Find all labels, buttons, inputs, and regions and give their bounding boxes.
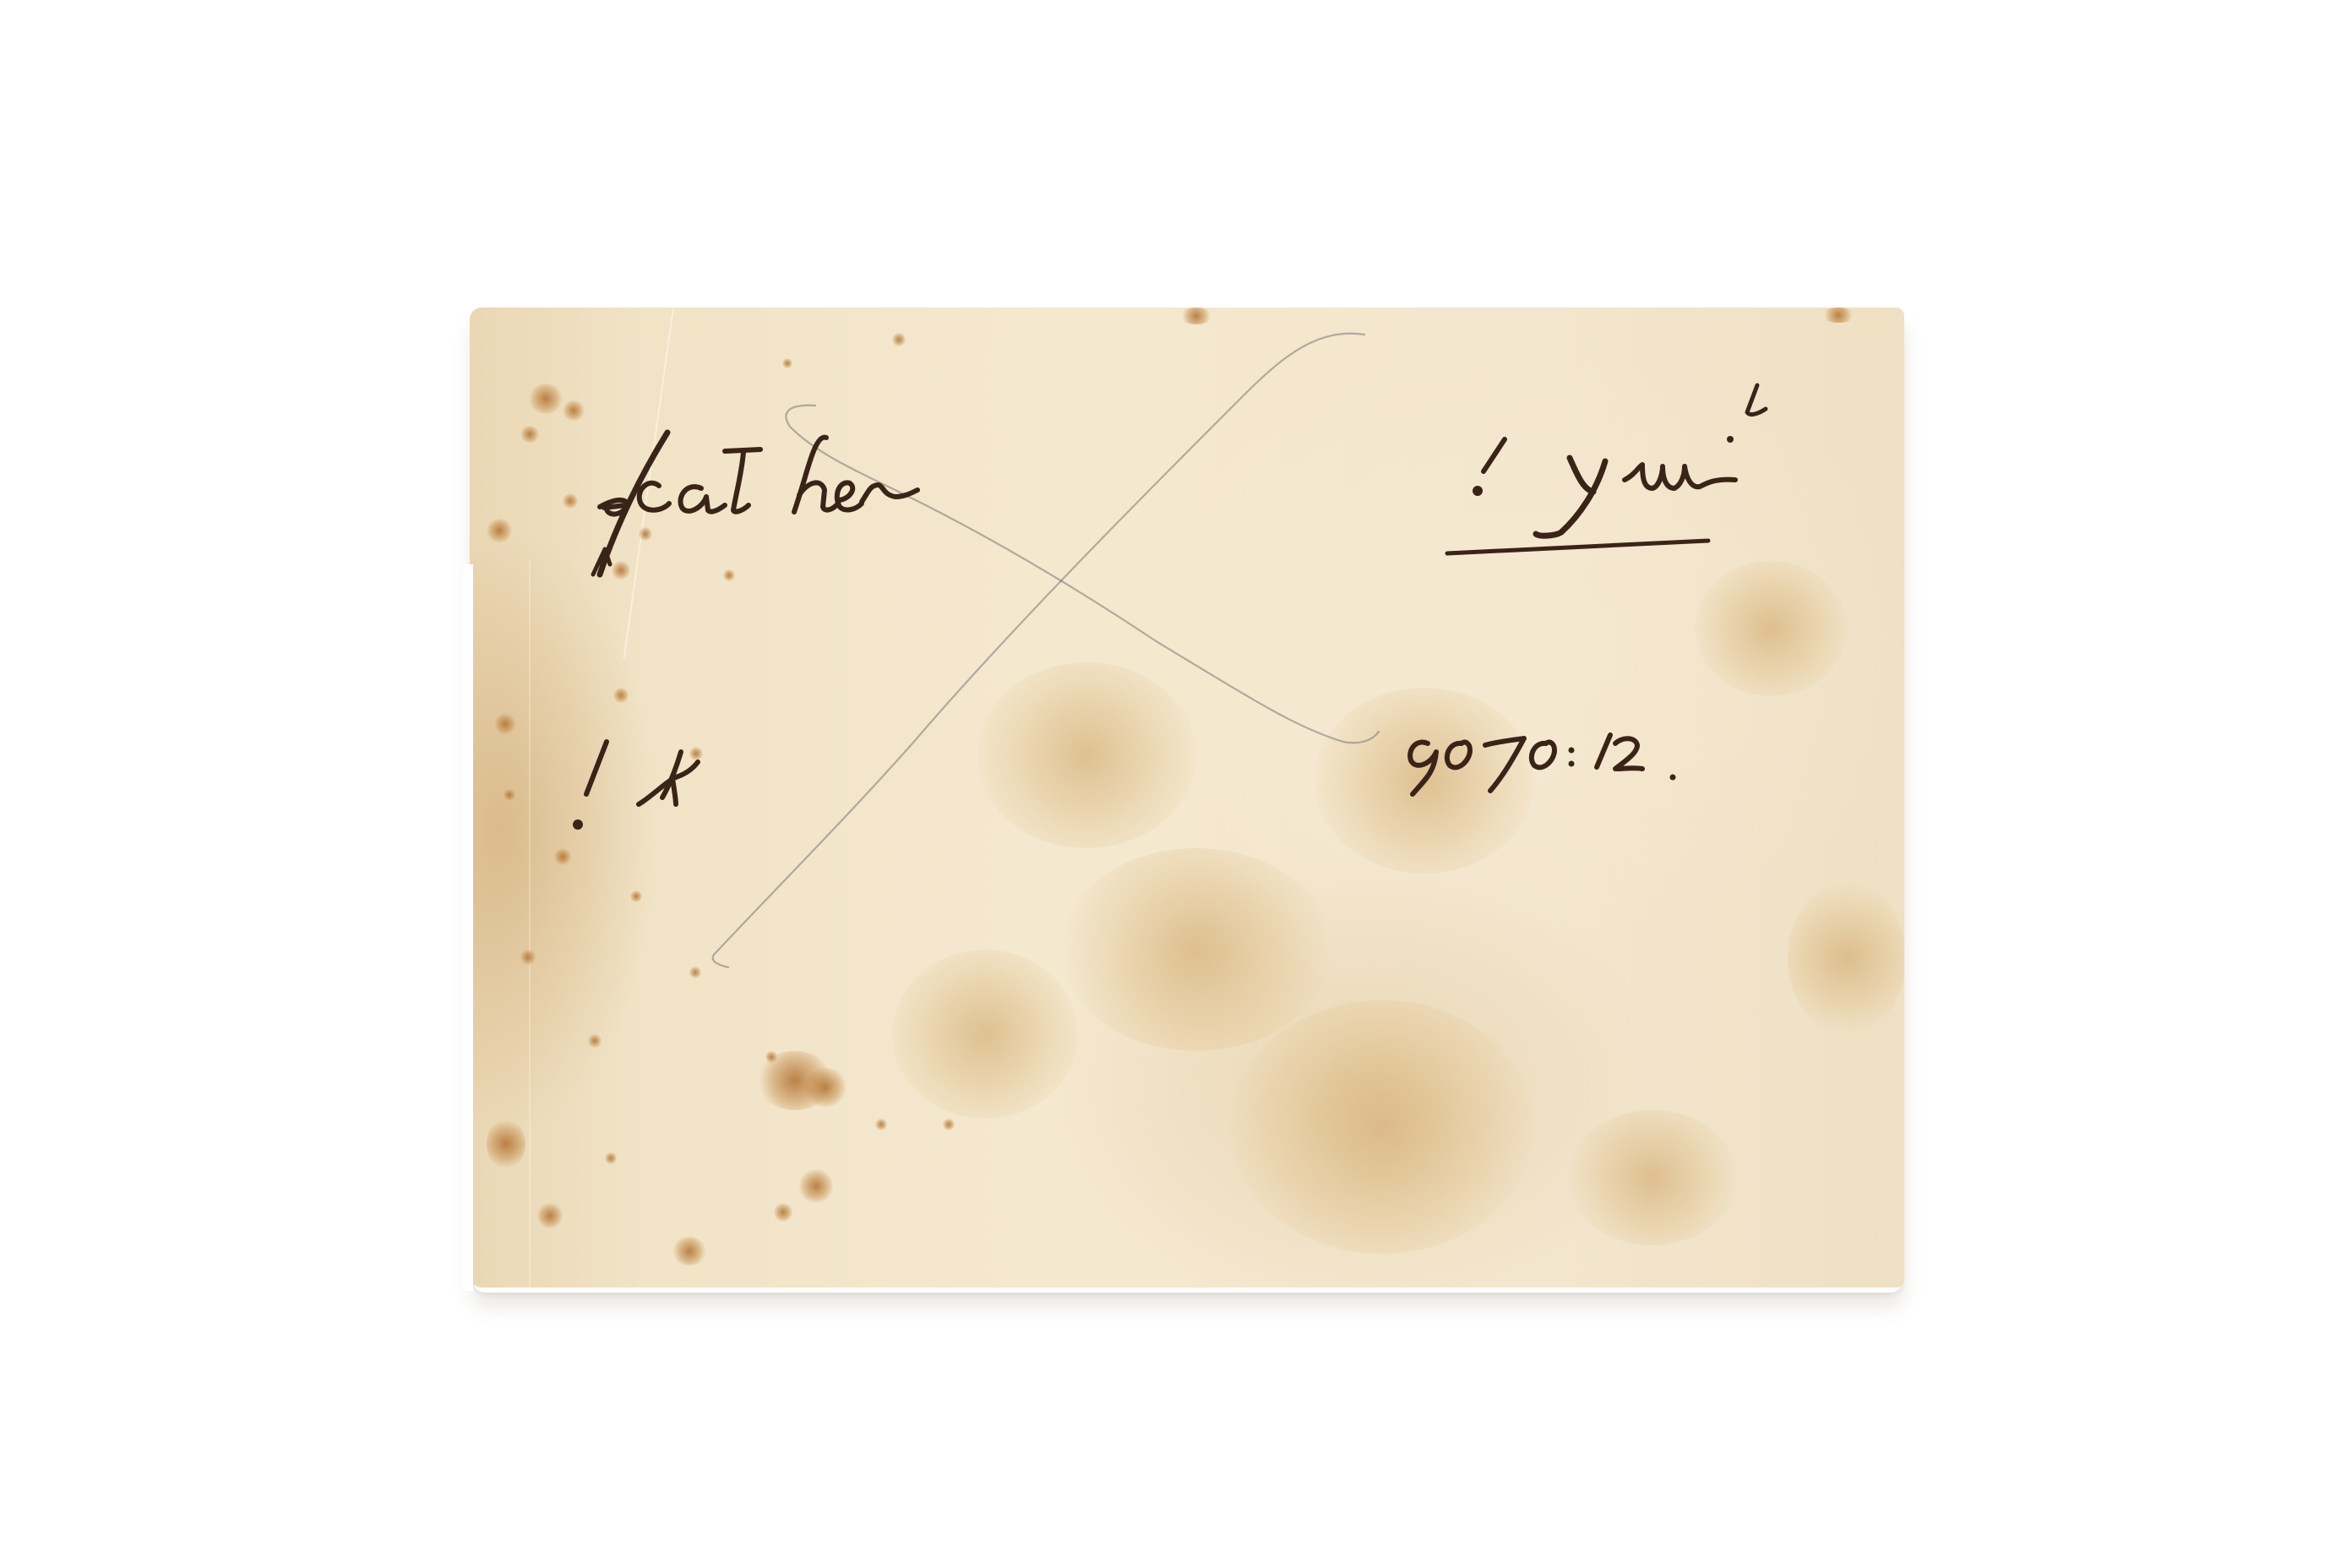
handwriting-layer xyxy=(0,0,2352,1568)
pencil-cross-stroke-1 xyxy=(713,334,1364,967)
pencil-cross-stroke-2 xyxy=(786,406,1379,743)
inscription-k xyxy=(573,742,698,830)
inscription-9070-12 xyxy=(1410,735,1675,794)
inscription-feather xyxy=(593,433,917,574)
photo-scene: feather ! y wi ! k 9070:12. xyxy=(0,0,2352,1568)
inscription-y-wi xyxy=(1447,385,1766,553)
